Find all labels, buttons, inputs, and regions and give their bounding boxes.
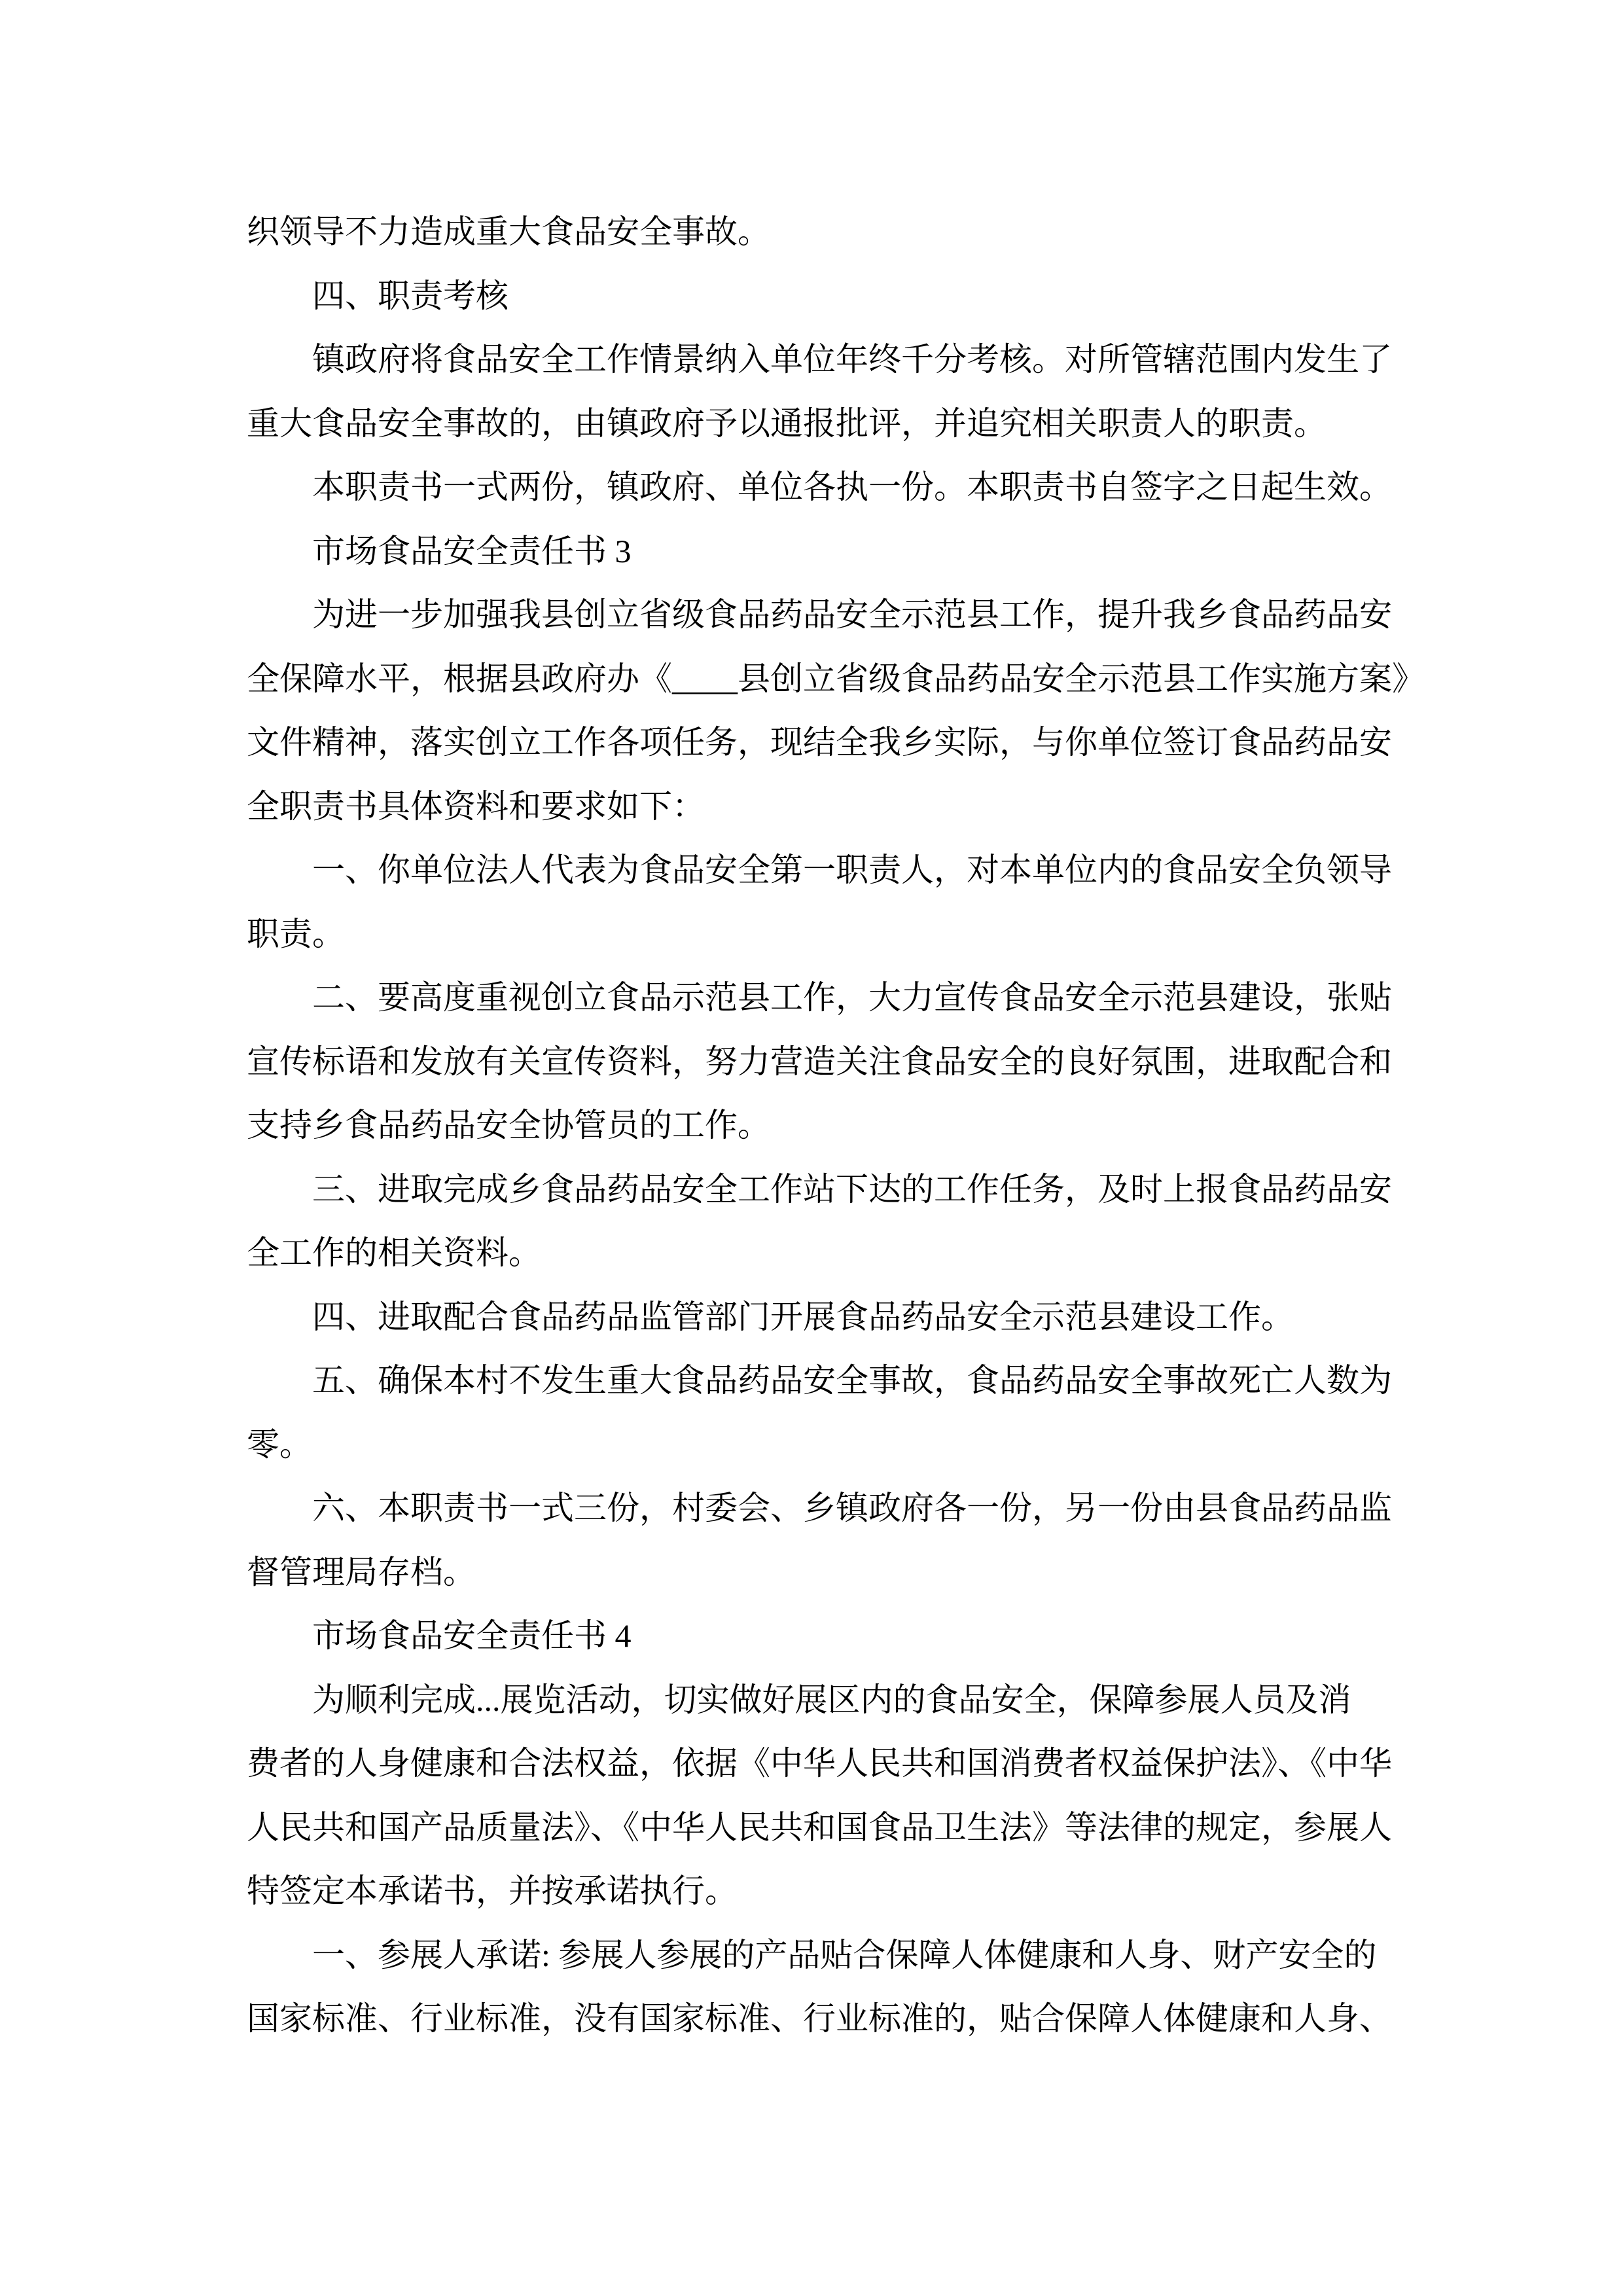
text-line: 督管理局存档。 bbox=[247, 1541, 1435, 1605]
text-line: 全职责书具体资料和要求如下： bbox=[247, 775, 1435, 839]
text-line: 文件精神，落实创立工作各项任务，现结全我乡实际，与你单位签订食品药品安 bbox=[247, 711, 1435, 775]
text-line: 国家标准、行业标准，没有国家标准、行业标准的，贴合保障人体健康和人身、 bbox=[247, 1987, 1435, 2051]
text-line: 四、进取配合食品药品监管部门开展食品药品安全示范县建设工作。 bbox=[247, 1285, 1435, 1350]
text-line: 市场食品安全责任书 3 bbox=[247, 520, 1435, 584]
text-line: 五、确保本村不发生重大食品药品安全事故，食品药品安全事故死亡人数为 bbox=[247, 1349, 1435, 1413]
text-line: 支持乡食品药品安全协管员的工作。 bbox=[247, 1094, 1435, 1158]
text-line: 全工作的相关资料。 bbox=[247, 1221, 1435, 1285]
text-line: 特签定本承诺书，并按承诺执行。 bbox=[247, 1859, 1435, 1924]
text-line: 为顺利完成...展览活动，切实做好展区内的食品安全，保障参展人员及消 bbox=[247, 1668, 1435, 1732]
text-line: 镇政府将食品安全工作情景纳入单位年终千分考核。对所管辖范围内发生了 bbox=[247, 328, 1435, 392]
document-body: 织领导不力造成重大食品安全事故。四、职责考核镇政府将食品安全工作情景纳入单位年终… bbox=[247, 200, 1435, 2051]
text-line: 为进一步加强我县创立省级食品药品安全示范县工作，提升我乡食品药品安 bbox=[247, 583, 1435, 647]
document-page: 织领导不力造成重大食品安全事故。四、职责考核镇政府将食品安全工作情景纳入单位年终… bbox=[0, 0, 1623, 2296]
text-line: 人民共和国产品质量法》、《中华人民共和国食品卫生法》等法律的规定，参展人 bbox=[247, 1796, 1435, 1860]
text-line: 织领导不力造成重大食品安全事故。 bbox=[247, 200, 1435, 264]
text-line: 职责。 bbox=[247, 903, 1435, 967]
text-line: 重大食品安全事故的，由镇政府予以通报批评，并追究相关职责人的职责。 bbox=[247, 392, 1435, 456]
text-line: 二、要高度重视创立食品示范县工作，大力宣传食品安全示范县建设，张贴 bbox=[247, 966, 1435, 1030]
text-line: 一、参展人承诺: 参展人参展的产品贴合保障人体健康和人身、财产安全的 bbox=[247, 1924, 1435, 1988]
text-line: 六、本职责书一式三份，村委会、乡镇政府各一份，另一份由县食品药品监 bbox=[247, 1477, 1435, 1541]
text-line: 市场食品安全责任书 4 bbox=[247, 1604, 1435, 1668]
text-line: 零。 bbox=[247, 1413, 1435, 1477]
text-line: 费者的人身健康和合法权益，依据《中华人民共和国消费者权益保护法》、《中华 bbox=[247, 1732, 1435, 1796]
text-line: 三、进取完成乡食品药品安全工作站下达的工作任务，及时上报食品药品安 bbox=[247, 1158, 1435, 1222]
text-line: 宣传标语和发放有关宣传资料，努力营造关注食品安全的良好氛围，进取配合和 bbox=[247, 1030, 1435, 1094]
text-line: 一、你单位法人代表为食品安全第一职责人，对本单位内的食品安全负领导 bbox=[247, 838, 1435, 903]
text-line: 全保障水平，根据县政府办《____县创立省级食品药品安全示范县工作实施方案》 bbox=[247, 647, 1435, 711]
text-line: 本职责书一式两份，镇政府、单位各执一份。本职责书自签字之日起生效。 bbox=[247, 456, 1435, 520]
text-line: 四、职责考核 bbox=[247, 264, 1435, 329]
